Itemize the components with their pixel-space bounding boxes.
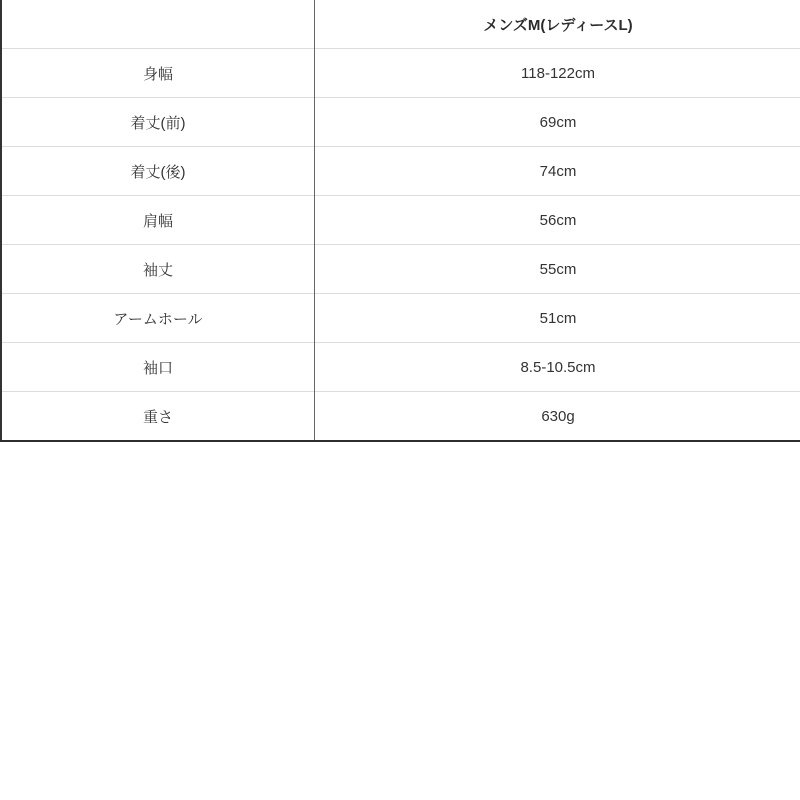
table-row: アームホール 51cm bbox=[1, 294, 800, 343]
size-chart-header-row: メンズM(レディースL) bbox=[1, 0, 800, 49]
row-value-length-back: 74cm bbox=[315, 147, 800, 196]
row-label-shoulder-width: 肩幅 bbox=[1, 196, 315, 245]
row-label-armhole: アームホール bbox=[1, 294, 315, 343]
table-row: 身幅 118-122cm bbox=[1, 49, 800, 98]
row-value-weight: 630g bbox=[315, 392, 800, 442]
row-label-weight: 重さ bbox=[1, 392, 315, 442]
row-label-sleeve-length: 袖丈 bbox=[1, 245, 315, 294]
row-label-length-front: 着丈(前) bbox=[1, 98, 315, 147]
row-label-length-back: 着丈(後) bbox=[1, 147, 315, 196]
table-row: 肩幅 56cm bbox=[1, 196, 800, 245]
header-size-cell: メンズM(レディースL) bbox=[315, 0, 800, 49]
row-value-length-front: 69cm bbox=[315, 98, 800, 147]
size-chart-table: メンズM(レディースL) 身幅 118-122cm 着丈(前) 69cm 着丈(… bbox=[0, 0, 800, 442]
table-row: 袖丈 55cm bbox=[1, 245, 800, 294]
row-value-armhole: 51cm bbox=[315, 294, 800, 343]
table-row: 袖口 8.5-10.5cm bbox=[1, 343, 800, 392]
table-row: 着丈(前) 69cm bbox=[1, 98, 800, 147]
table-row: 着丈(後) 74cm bbox=[1, 147, 800, 196]
row-value-sleeve-length: 55cm bbox=[315, 245, 800, 294]
row-value-cuff: 8.5-10.5cm bbox=[315, 343, 800, 392]
row-value-body-width: 118-122cm bbox=[315, 49, 800, 98]
table-row: 重さ 630g bbox=[1, 392, 800, 442]
header-label-cell bbox=[1, 0, 315, 49]
row-label-cuff: 袖口 bbox=[1, 343, 315, 392]
row-value-shoulder-width: 56cm bbox=[315, 196, 800, 245]
row-label-body-width: 身幅 bbox=[1, 49, 315, 98]
